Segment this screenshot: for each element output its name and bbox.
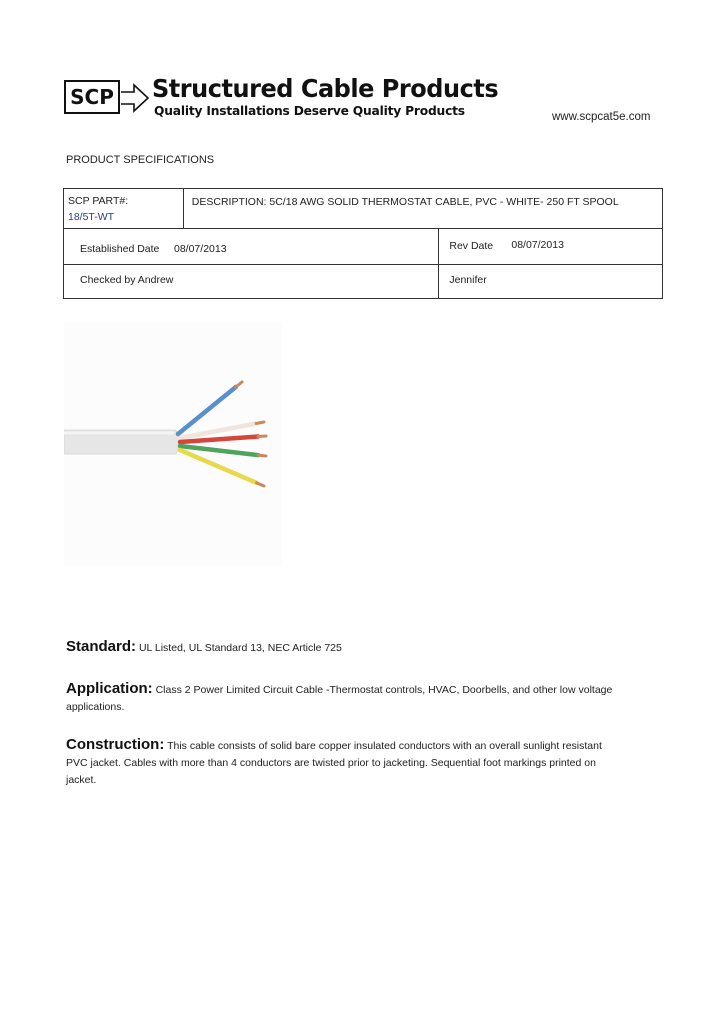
application-label: Application: — [66, 680, 153, 697]
standard-label: Standard: — [66, 638, 136, 655]
standard-section: Standard: UL Listed, UL Standard 13, NEC… — [66, 638, 626, 657]
rev-cell: Rev Date 08/07/2013 — [439, 229, 663, 265]
company-name: Structured Cable Products — [152, 74, 498, 103]
logo-box: SCP — [64, 80, 120, 114]
checked-cell: Checked by Andrew — [64, 265, 439, 299]
spec-table: SCP PART#: 18/5T-WT DESCRIPTION: 5C/18 A… — [63, 188, 663, 298]
logo-abbrev: SCP — [70, 85, 114, 109]
description: DESCRIPTION: 5C/18 AWG SOLID THERMOSTAT … — [192, 196, 619, 208]
part-cell: SCP PART#: 18/5T-WT — [64, 189, 184, 229]
product-image — [64, 322, 282, 566]
rev-date: 08/07/2013 — [511, 239, 564, 251]
construction-section: Construction: This cable consists of sol… — [66, 736, 626, 789]
application-section: Application: Class 2 Power Limited Circu… — [66, 680, 626, 716]
company-tagline: Quality Installations Deserve Quality Pr… — [154, 103, 465, 118]
website-link[interactable]: www.scpcat5e.com — [552, 111, 650, 123]
checked-by: Checked by Andrew — [80, 274, 173, 286]
section-title: PRODUCT SPECIFICATIONS — [66, 154, 214, 166]
rev-label: Rev Date — [449, 240, 493, 252]
standard-text: UL Listed, UL Standard 13, NEC Article 7… — [139, 642, 342, 654]
established-date: 08/07/2013 — [174, 243, 227, 255]
logo-arrow-icon — [120, 82, 150, 114]
construction-label: Construction: — [66, 736, 164, 753]
part-number: 18/5T-WT — [68, 211, 114, 223]
approved-by: Jennifer — [449, 274, 486, 286]
established-label: Established Date — [80, 243, 159, 255]
copper-tip-icon — [258, 436, 266, 437]
part-label: SCP PART#: — [68, 195, 128, 207]
copper-tip-icon — [258, 455, 266, 456]
copper-tip-icon — [256, 422, 264, 423]
description-cell: DESCRIPTION: 5C/18 AWG SOLID THERMOSTAT … — [183, 189, 662, 229]
established-cell: Established Date 08/07/2013 — [64, 229, 439, 265]
approved-cell: Jennifer — [439, 265, 663, 299]
